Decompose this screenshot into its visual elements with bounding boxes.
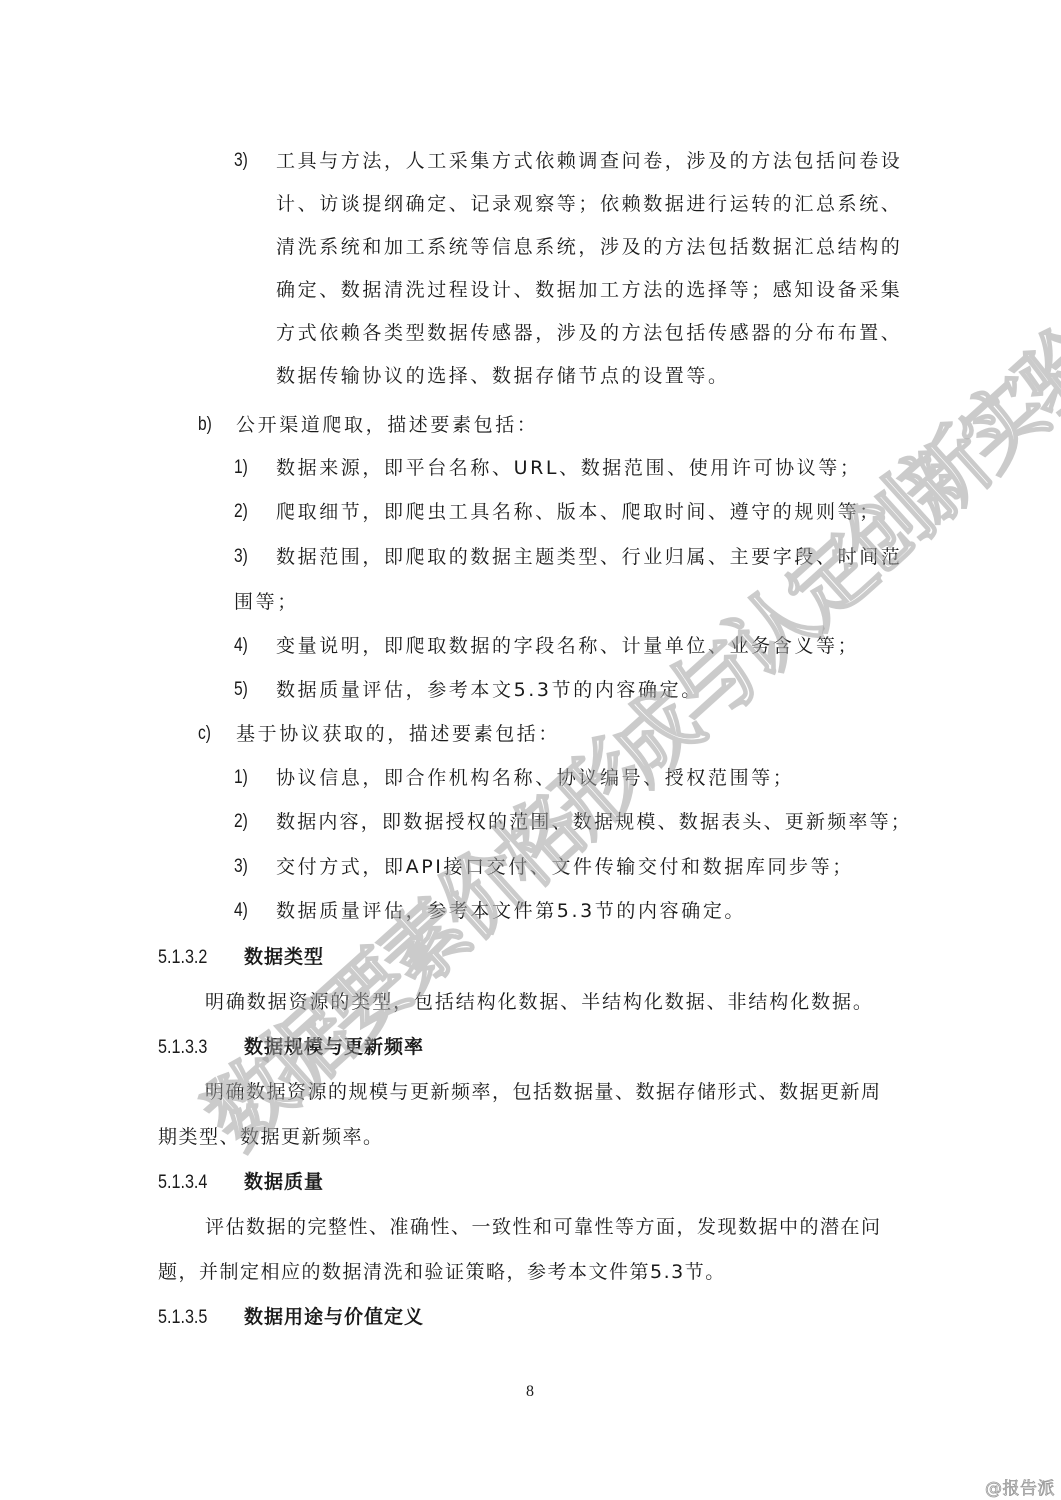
section-number: 5.1.3.5 [158,1306,207,1330]
list-item-label: 2) [234,500,248,524]
section-heading: 5.1.3.3 数据规模与更新频率 [158,1035,216,1060]
list-item-label: 2) [234,810,248,834]
paragraph-line: 题，并制定相应的数据清洗和验证策略，参考本文件第5.3节。 [158,1260,726,1284]
list-item-text: 计、访谈提纲确定、记录观察等；依赖数据进行运转的汇总系统、 [276,192,902,216]
section-title: 数据规模与更新频率 [244,1035,424,1059]
section-heading: 5.1.3.4 数据质量 [158,1170,216,1195]
list-item-text: 方式依赖各类型数据传感器，涉及的方法包括传感器的分布布置、 [276,321,902,345]
section-number: 5.1.3.3 [158,1036,207,1060]
paragraph-line: 明确数据资源的类型，包括结构化数据、半结构化数据、非结构化数据。 [205,990,874,1014]
list-item-text: 确定、数据清洗过程设计、数据加工方法的选择等；感知设备采集 [276,278,902,302]
section-number: 5.1.3.2 [158,946,207,970]
list-item-label: 1) [234,456,248,480]
list-item-text: 数据传输协议的选择、数据存储节点的设置等。 [276,364,730,388]
page-number: 8 [526,1383,534,1401]
list-item-label: 4) [234,634,248,658]
list-label-c: c) [198,722,211,746]
list-item-label: 3) [234,545,248,569]
list-item-text: 清洗系统和加工系统等信息系统，涉及的方法包括数据汇总结构的 [276,235,902,259]
list-item-text: 变量说明，即爬取数据的字段名称、计量单位、业务含义等； [276,634,859,658]
list-item-label: 5) [234,678,248,702]
list-title-c: 基于协议获取的，描述要素包括： [236,722,560,746]
list-item-continuation: 围等； [234,590,299,614]
section-title: 数据质量 [244,1170,324,1194]
source-credit: @报告派 [985,1474,1055,1499]
list-item-text: 数据范围，即爬取的数据主题类型、行业归属、主要字段、时间范 [276,545,902,569]
list-item-text: 数据质量评估，参考本文5.3节的内容确定。 [276,678,703,702]
paragraph-line: 明确数据资源的规模与更新频率，包括数据量、数据存储形式、数据更新周 [205,1080,882,1104]
list-item-label: 4) [234,899,248,923]
document-page: 3) 工具与方法，人工采集方式依赖调查问卷，涉及的方法包括问卷设 计、访谈提纲确… [0,0,1061,1500]
section-heading: 5.1.3.2 数据类型 [158,945,216,970]
list-item-label: 1) [234,766,248,790]
list-item-text: 工具与方法，人工采集方式依赖调查问卷，涉及的方法包括问卷设 [276,149,902,173]
section-number: 5.1.3.4 [158,1171,207,1195]
paragraph-line: 期类型、数据更新频率。 [158,1125,384,1149]
list-item-text: 数据质量评估，参考本文件第5.3节的内容确定。 [276,899,746,923]
section-title: 数据类型 [244,945,324,969]
list-item-text: 交付方式，即API接口交付、文件传输交付和数据库同步等； [276,855,854,879]
list-item-label: 3) [234,855,248,879]
list-label-b: b) [198,413,212,437]
list-title-b: 公开渠道爬取，描述要素包括： [236,413,538,437]
section-heading: 5.1.3.5 数据用途与价值定义 [158,1305,216,1330]
list-item-label: 3) [234,149,248,173]
list-item-text: 协议信息，即合作机构名称、协议编号、授权范围等； [276,766,794,790]
section-title: 数据用途与价值定义 [244,1305,424,1329]
paragraph-line: 评估数据的完整性、准确性、一致性和可靠性等方面，发现数据中的潜在问 [205,1215,882,1239]
list-item-text: 数据内容，即数据授权的范围、数据规模、数据表头、更新频率等； [276,810,912,834]
list-item-text: 数据来源，即平台名称、URL、数据范围、使用许可协议等； [276,456,862,480]
list-item-text: 爬取细节，即爬虫工具名称、版本、爬取时间、遵守的规则等； [276,500,881,524]
